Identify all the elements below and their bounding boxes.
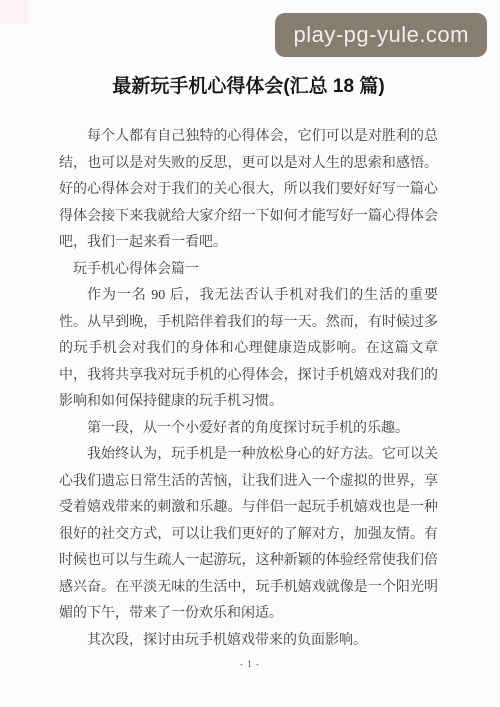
paragraph-intro: 每个人都有自己独特的心得体会，它们可以是对胜利的总结，也可以是对失败的反思，更可… bbox=[59, 124, 438, 257]
document-body: 每个人都有自己独特的心得体会，它们可以是对胜利的总结，也可以是对失败的反思，更可… bbox=[59, 124, 438, 654]
paragraph-first-detail: 我始终认为，玩手机是一种放松身心的好方法。它可以关心我们遗忘日常生活的苦恼，让我… bbox=[59, 442, 438, 628]
watermark-badge: play-pg-yule.com bbox=[275, 13, 487, 57]
section-heading-part-one: 玩手机心得体会篇一 bbox=[59, 257, 438, 284]
paragraph-second-point: 其次段，探讨由玩手机嬉戏带来的负面影响。 bbox=[59, 628, 438, 655]
paragraph-first-point: 第一段，从一个小爱好者的角度探讨玩手机的乐趣。 bbox=[59, 416, 438, 443]
watermark-domain-text: play-pg-yule.com bbox=[293, 22, 469, 48]
scan-corner-artifact bbox=[0, 0, 28, 24]
page-number: - 1 - bbox=[0, 657, 500, 671]
page-title: 最新玩手机心得体会(汇总 18 篇) bbox=[59, 72, 438, 102]
paragraph-part-one-intro: 作为一名 90 后，我无法否认手机对我们的生活的重要性。从早到晚，手机陪伴着我们… bbox=[59, 283, 438, 416]
